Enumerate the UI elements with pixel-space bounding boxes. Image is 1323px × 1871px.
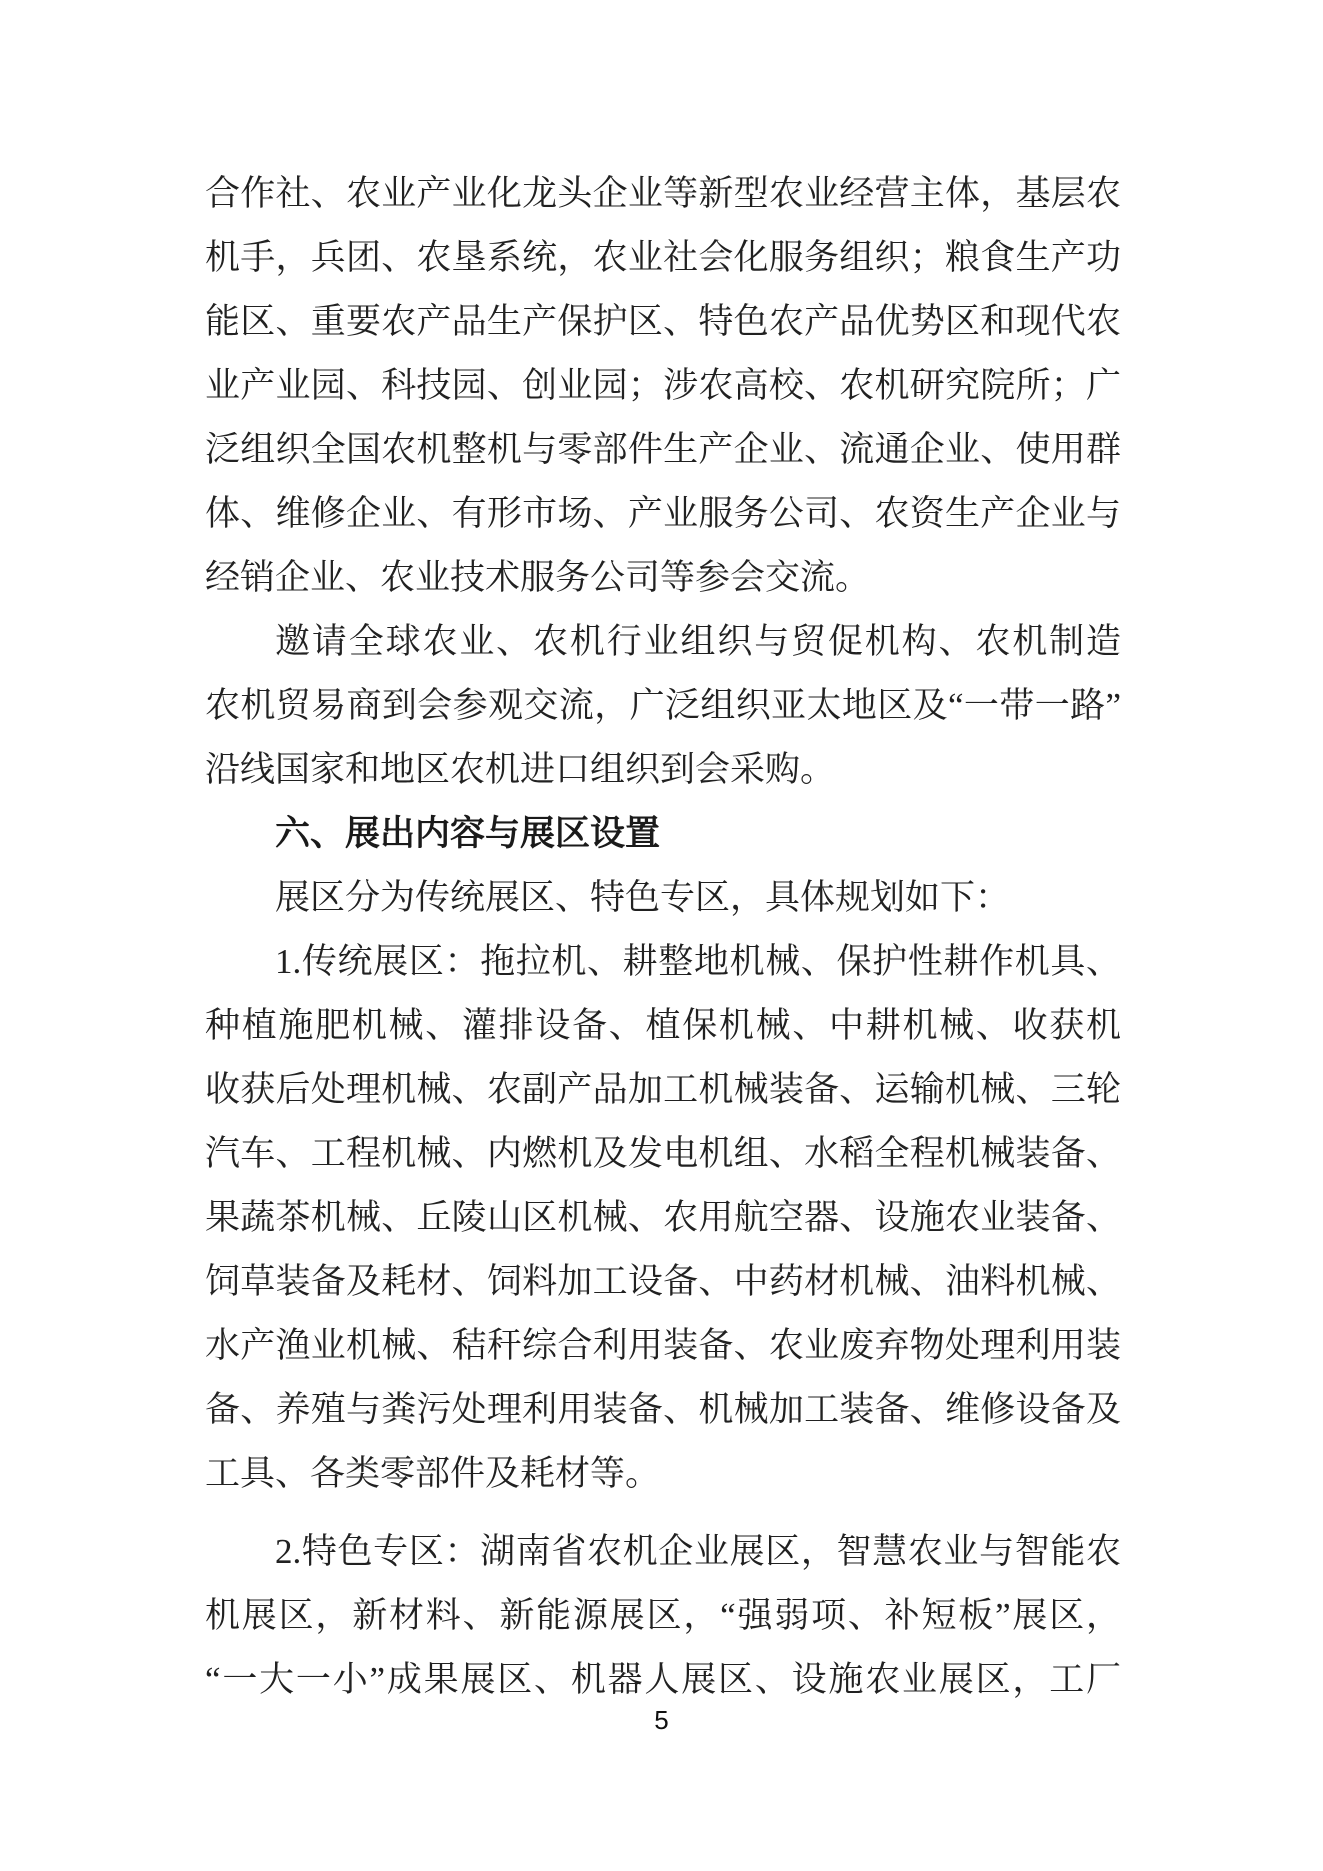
doc-line-03: 能区、重要农产品生产保护区、特色农产品优势区和现代农 — [205, 290, 1121, 354]
doc-line-15: 收获后处理机械、农副产品加工机械装备、运输机械、三轮 — [205, 1058, 1121, 1122]
doc-line-19: 水产渔业机械、秸秆综合利用装备、农业废弃物处理利用装 — [205, 1314, 1121, 1378]
document-body: 合作社、农业产业化龙头企业等新型农业经营主体，基层农 机手，兵团、农垦系统，农业… — [205, 162, 1121, 1712]
document-page: 合作社、农业产业化龙头企业等新型农业经营主体，基层农 机手，兵团、农垦系统，农业… — [0, 0, 1323, 1871]
doc-line-04: 业产业园、科技园、创业园；涉农高校、农机研究院所；广 — [205, 354, 1121, 418]
doc-line-10: 沿线国家和地区农机进口组织到会采购。 — [205, 738, 1121, 802]
doc-line-01: 合作社、农业产业化龙头企业等新型农业经营主体，基层农 — [205, 162, 1121, 226]
doc-line-24: “一大一小”成果展区、机器人展区、设施农业展区，工厂 — [205, 1648, 1121, 1712]
doc-line-23: 机展区，新材料、新能源展区，“强弱项、补短板”展区， — [205, 1584, 1121, 1648]
doc-line-17: 果蔬茶机械、丘陵山区机械、农用航空器、设施农业装备、 — [205, 1186, 1121, 1250]
doc-line-05: 泛组织全国农机整机与零部件生产企业、流通企业、使用群 — [205, 418, 1121, 482]
doc-line-08: 邀请全球农业、农机行业组织与贸促机构、农机制造商、 — [205, 610, 1121, 674]
doc-line-16: 汽车、工程机械、内燃机及发电机组、水稻全程机械装备、 — [205, 1122, 1121, 1186]
doc-line-07: 经销企业、农业技术服务公司等参会交流。 — [205, 546, 1121, 610]
doc-line-18: 饲草装备及耗材、饲料加工设备、中药材机械、油料机械、 — [205, 1250, 1121, 1314]
page-number: 5 — [0, 1705, 1323, 1735]
doc-line-20: 备、养殖与粪污处理利用装备、机械加工装备、维修设备及 — [205, 1378, 1121, 1442]
doc-line-09: 农机贸易商到会参观交流，广泛组织亚太地区及“一带一路” — [205, 674, 1121, 738]
doc-line-12: 展区分为传统展区、特色专区，具体规划如下： — [205, 866, 1121, 930]
doc-line-13: 1.传统展区：拖拉机、耕整地机械、保护性耕作机具、 — [205, 930, 1121, 994]
doc-line-22: 2.特色专区：湖南省农机企业展区，智慧农业与智能农 — [205, 1520, 1121, 1584]
doc-line-06: 体、维修企业、有形市场、产业服务公司、农资生产企业与 — [205, 482, 1121, 546]
section-heading: 六、展出内容与展区设置 — [205, 802, 1121, 866]
doc-line-14: 种植施肥机械、灌排设备、植保机械、中耕机械、收获机械、 — [205, 994, 1121, 1058]
doc-line-02: 机手，兵团、农垦系统，农业社会化服务组织；粮食生产功 — [205, 226, 1121, 290]
doc-line-21: 工具、各类零部件及耗材等。 — [205, 1442, 1121, 1506]
